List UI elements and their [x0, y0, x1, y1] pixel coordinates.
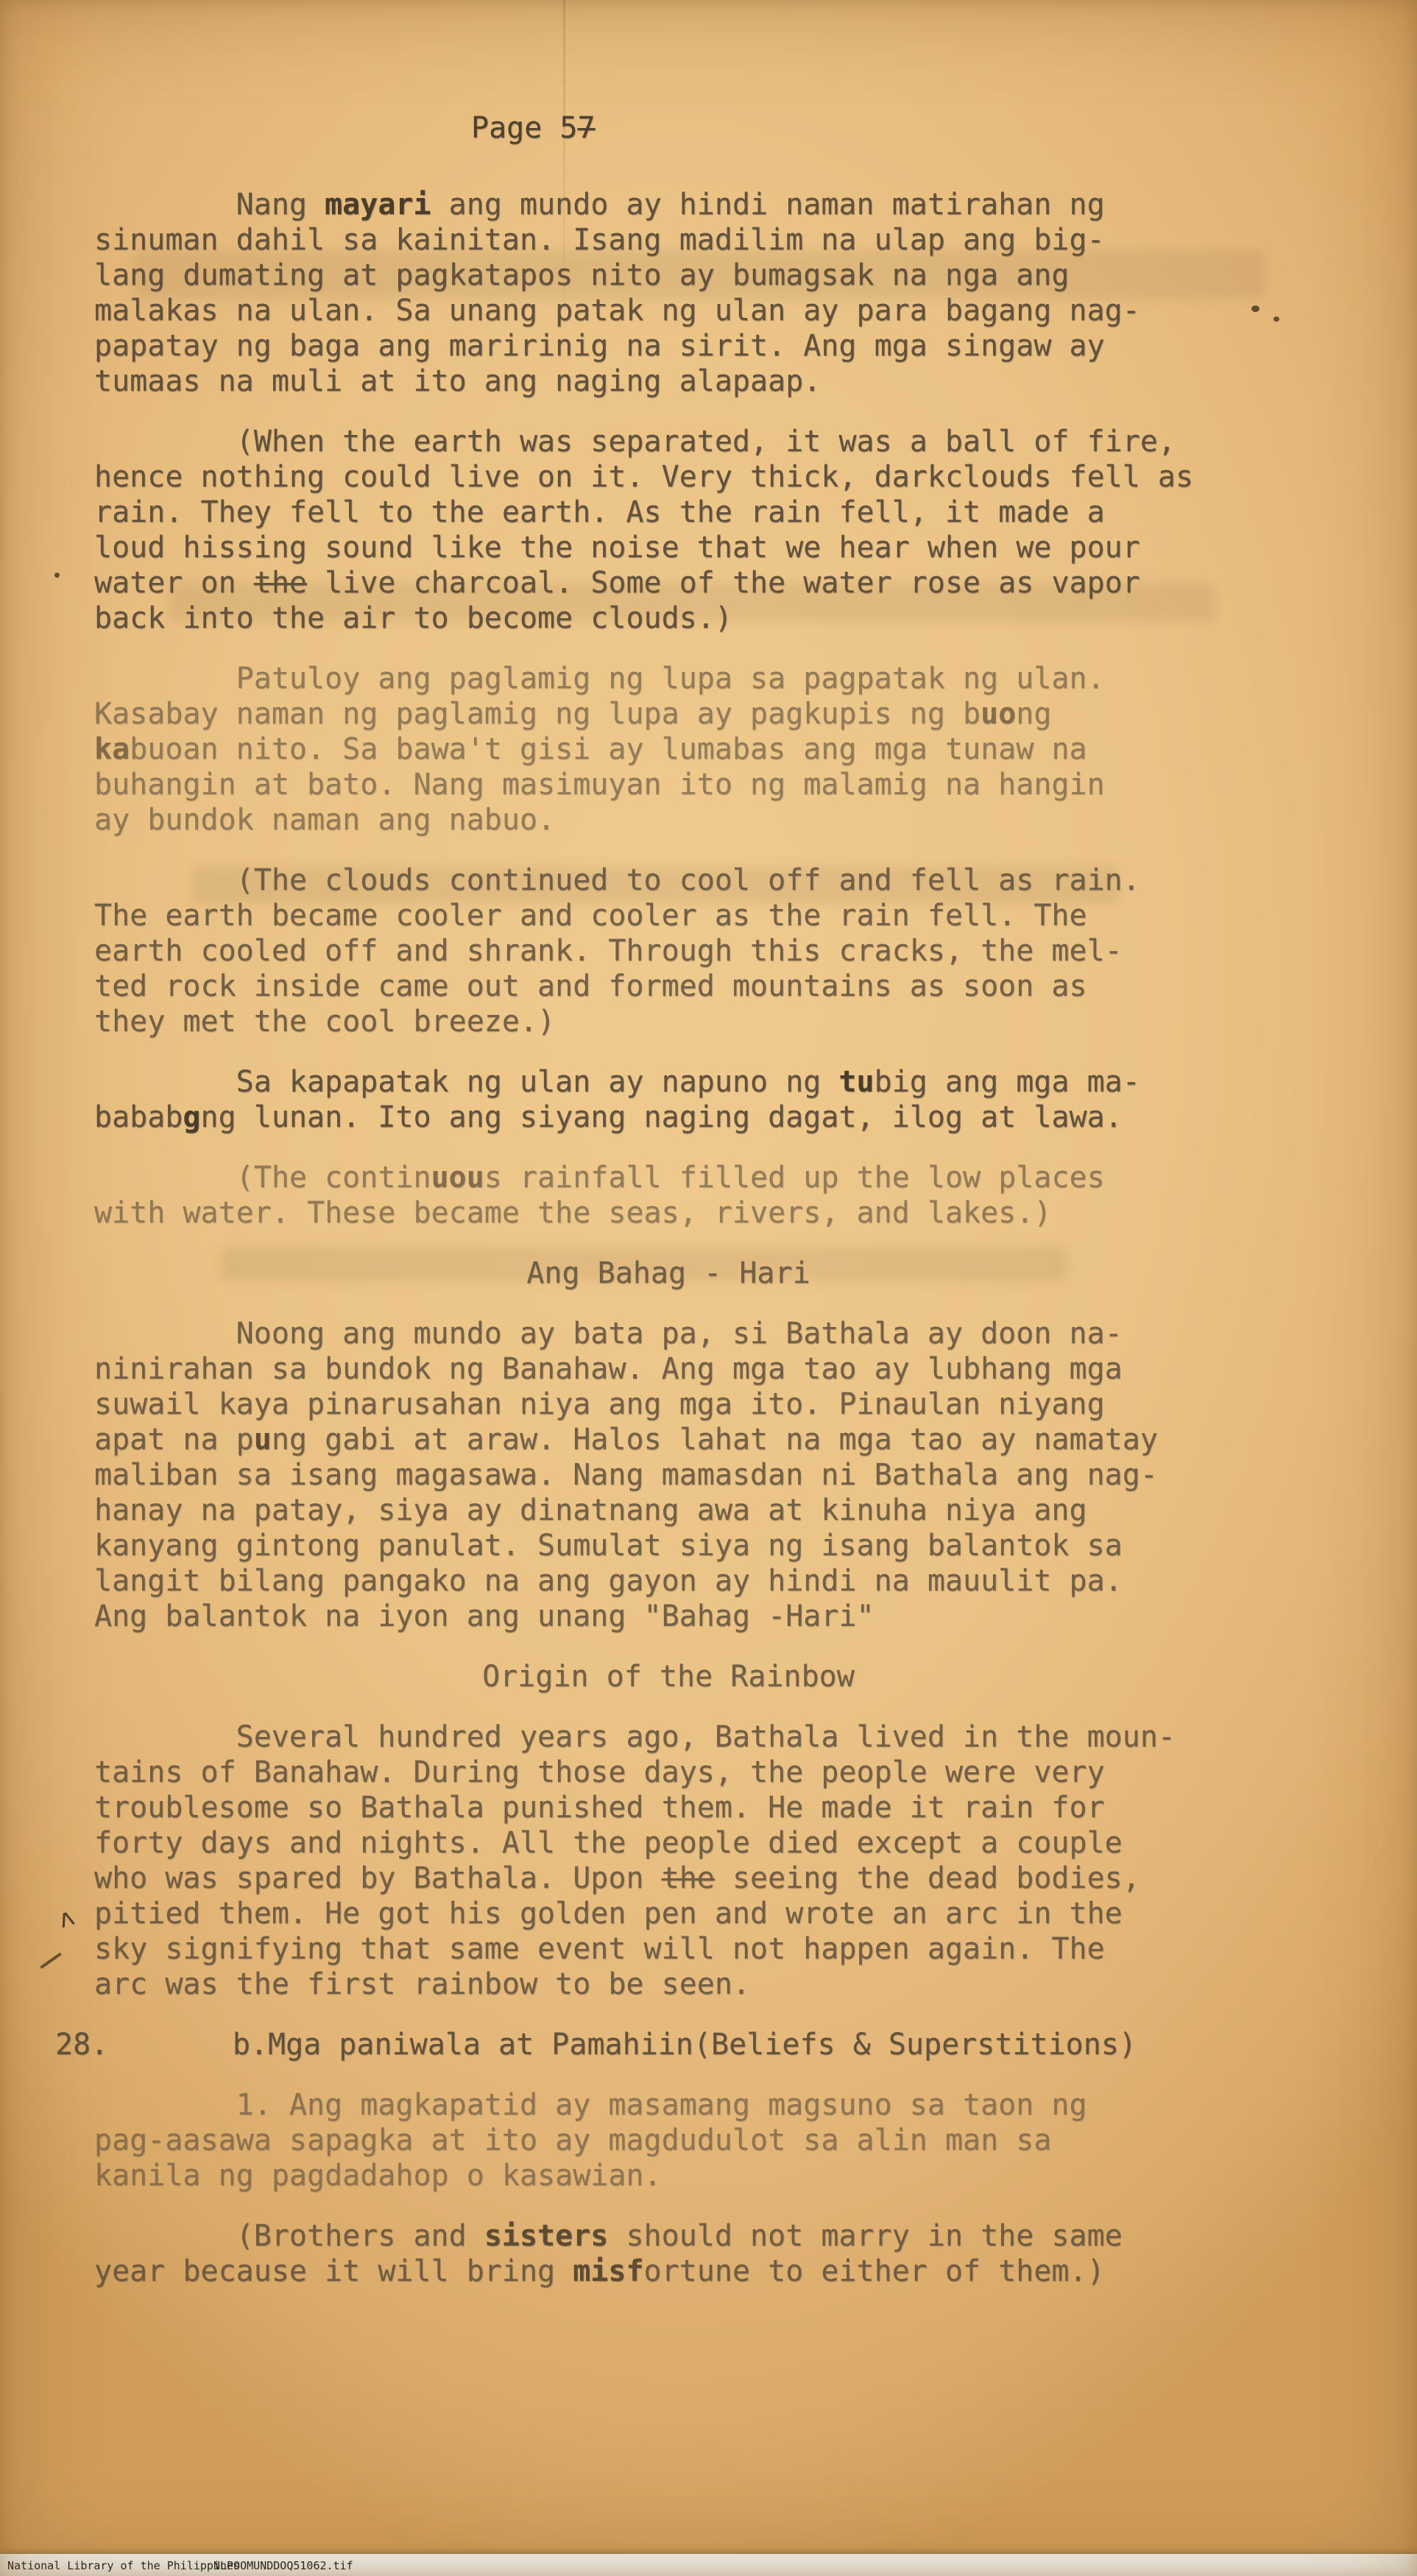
text-line: hanay na patay, siya ay dinatnang awa at… — [94, 1493, 1243, 1528]
text-line: water on the live charcoal. Some of the … — [94, 565, 1243, 601]
text-line: (The clouds continued to cool off and fe… — [94, 863, 1243, 898]
text-line: tains of Banahaw. During those days, the… — [94, 1755, 1243, 1790]
text-line: ted rock inside came out and formed moun… — [94, 969, 1243, 1004]
text-line: lang dumating at pagkatapos nito ay buma… — [94, 258, 1243, 293]
text-line: they met the cool breeze.) — [94, 1004, 1243, 1039]
text-line: 1. Ang magkapatid ay masamang magsuno sa… — [94, 2087, 1243, 2123]
para-english-creation: (When the earth was separated, it was a … — [94, 424, 1243, 636]
para-english-rainfill: (The continuous rainfall filled up the l… — [94, 1160, 1243, 1231]
text-line: ay bundok naman ang nabuo. — [94, 802, 1243, 838]
ink-speck — [54, 573, 60, 578]
text-line: arc was the first rainbow to be seen. — [94, 1967, 1243, 2002]
para-tagalog-belief-1: 1. Ang magkapatid ay masamang magsuno sa… — [94, 2087, 1243, 2193]
text-line: rain. They fell to the earth. As the rai… — [94, 495, 1243, 530]
text-line: suwail kaya pinarusahan niya ang mga ito… — [94, 1387, 1243, 1422]
handwritten-stroke — [40, 1953, 62, 1970]
text-line: Ang Bahag - Hari — [94, 1256, 1243, 1291]
text-line: Nang mayari ang mundo ay hindi naman mat… — [94, 187, 1243, 222]
text-line: (Brothers and sisters should not marry i… — [94, 2218, 1243, 2254]
text-line: langit bilang pangako na ang gayon ay hi… — [94, 1563, 1243, 1599]
scan-footer-bar: National Library of the Philippines NLPO… — [0, 2554, 1417, 2576]
text-line: Ang balantok na iyon ang unang "Bahag -H… — [94, 1599, 1243, 1634]
text-line: Sa kapapatak ng ulan ay napuno ng tubig … — [94, 1064, 1243, 1100]
text-line: Kasabay naman ng paglamig ng lupa ay pag… — [94, 696, 1243, 732]
text-line: pag-aasawa sapagka at ito ay magdudulot … — [94, 2123, 1243, 2158]
text-line: maliban sa isang magasawa. Nang mamasdan… — [94, 1457, 1243, 1493]
text-line: kanila ng pagdadahop o kasawian. — [94, 2158, 1243, 2193]
para-english-cooling: (The clouds continued to cool off and fe… — [94, 863, 1243, 1039]
heading-bahag-hari: Ang Bahag - Hari — [94, 1256, 1243, 1291]
para-tagalog-creation: Nang mayari ang mundo ay hindi naman mat… — [94, 187, 1243, 399]
typewritten-text: Page 57 Nang mayari ang mundo ay hindi n… — [94, 110, 1243, 2314]
text-line: bababgng lunan. Ito ang siyang naging da… — [94, 1100, 1243, 1135]
document-body: Nang mayari ang mundo ay hindi naman mat… — [94, 187, 1243, 2289]
footer-filename: NLPOOMUNDDOQ51062.tif — [213, 2559, 353, 2572]
handwritten-caret: ʌ — [54, 1902, 78, 1934]
text-line: apat na pung gabi at araw. Halos lahat n… — [94, 1422, 1243, 1457]
ink-speck — [1251, 305, 1259, 312]
text-line: 28. b.Mga paniwala at Pamahiin(Beliefs &… — [55, 2027, 1243, 2062]
text-line: malakas na ulan. Sa unang patak ng ulan … — [94, 293, 1243, 328]
text-line: kanyang gintong panulat. Sumulat siya ng… — [94, 1528, 1243, 1563]
text-line: sinuman dahil sa kainitan. Isang madilim… — [94, 222, 1243, 258]
text-line: Patuloy ang paglamig ng lupa sa pagpatak… — [94, 661, 1243, 696]
ink-speck — [1273, 316, 1279, 322]
para-tagalog-cooling: Patuloy ang paglamig ng lupa sa pagpatak… — [94, 661, 1243, 838]
para-tagalog-rainfill: Sa kapapatak ng ulan ay napuno ng tubig … — [94, 1064, 1243, 1135]
text-line: buhangin at bato. Nang masimuyan ito ng … — [94, 767, 1243, 802]
text-line: tumaas na muli at ito ang naging alapaap… — [94, 364, 1243, 399]
text-line: loud hissing sound like the noise that w… — [94, 530, 1243, 565]
para-english-belief-1: (Brothers and sisters should not marry i… — [94, 2218, 1243, 2289]
text-line: Several hundred years ago, Bathala lived… — [94, 1719, 1243, 1755]
text-line: year because it will bring misfortune to… — [94, 2254, 1243, 2289]
text-line: kabuoan nito. Sa bawa't gisi ay lumabas … — [94, 732, 1243, 767]
heading-origin-rainbow: Origin of the Rainbow — [94, 1659, 1243, 1694]
text-line: pitied them. He got his golden pen and w… — [94, 1896, 1243, 1931]
section-28-beliefs: 28. b.Mga paniwala at Pamahiin(Beliefs &… — [55, 2027, 1243, 2062]
para-tagalog-bahag-hari: Noong ang mundo ay bata pa, si Bathala a… — [94, 1316, 1243, 1634]
text-line: Origin of the Rainbow — [94, 1659, 1243, 1694]
text-line: (When the earth was separated, it was a … — [94, 424, 1243, 459]
text-line: forty days and nights. All the people di… — [94, 1825, 1243, 1861]
text-line: back into the air to become clouds.) — [94, 601, 1243, 636]
text-line: papatay ng baga ang maririnig na sirit. … — [94, 328, 1243, 364]
text-line: sky signifying that same event will not … — [94, 1931, 1243, 1967]
scanned-page: Page 57 Nang mayari ang mundo ay hindi n… — [0, 0, 1417, 2576]
text-line: with water. These became the seas, river… — [94, 1195, 1243, 1231]
text-line: Noong ang mundo ay bata pa, si Bathala a… — [94, 1316, 1243, 1351]
text-line: troublesome so Bathala punished them. He… — [94, 1790, 1243, 1825]
footer-library-label: National Library of the Philippines — [7, 2559, 240, 2572]
text-line: who was spared by Bathala. Upon the seei… — [94, 1861, 1243, 1896]
para-english-origin-rainbow: Several hundred years ago, Bathala lived… — [94, 1719, 1243, 2002]
text-line: hence nothing could live on it. Very thi… — [94, 459, 1243, 495]
text-line: ninirahan sa bundok ng Banahaw. Ang mga … — [94, 1351, 1243, 1387]
page-number: Page 57 — [94, 110, 1243, 146]
text-line: The earth became cooler and cooler as th… — [94, 898, 1243, 933]
text-line: (The continuous rainfall filled up the l… — [94, 1160, 1243, 1195]
text-line: earth cooled off and shrank. Through thi… — [94, 933, 1243, 969]
